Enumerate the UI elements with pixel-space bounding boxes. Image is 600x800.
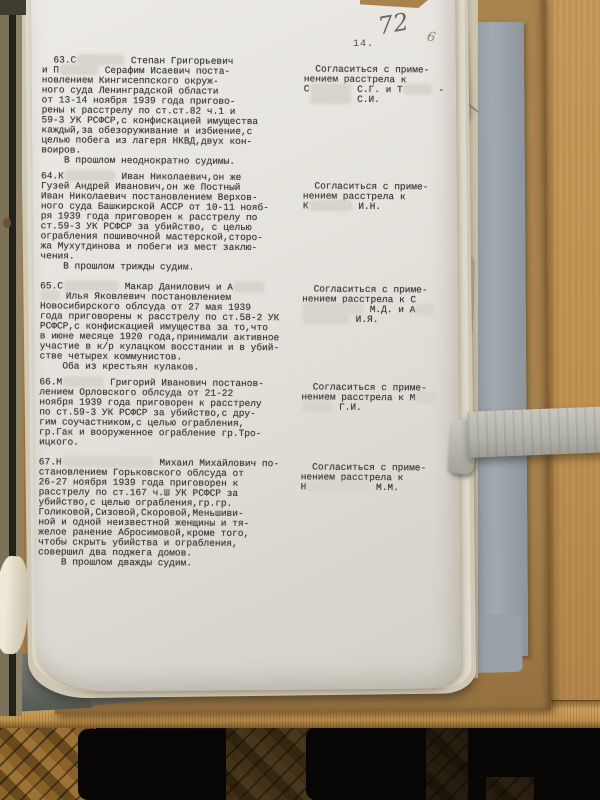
typed-text: Г.И.	[333, 402, 362, 413]
photo-scene: 63.С Степан Григорьевичи П Серафим Исаев…	[0, 0, 600, 800]
doc-item: 64.К Иван Николаевич,он жеГузей Андрей И…	[40, 171, 457, 274]
handwritten-folio-number: 72	[376, 8, 411, 41]
doc-line: С.И.	[304, 94, 456, 105]
redaction	[417, 305, 433, 313]
floor-shadow	[0, 727, 600, 800]
typed-text: В прошлом дважды судим.	[38, 556, 192, 568]
redaction	[311, 94, 349, 102]
parquet-floor	[486, 777, 534, 800]
typed-text: И.Я.	[350, 314, 379, 325]
case-description: 67.Н Михаил Михайлович по-становлением Г…	[38, 457, 301, 569]
case-resolution: Согласиться с приме-нением расстрела к М…	[301, 379, 454, 450]
redaction	[308, 482, 368, 490]
typed-text: В прошлом неоднократно судимы.	[41, 154, 235, 167]
parquet-floor	[426, 727, 468, 800]
redaction	[405, 85, 431, 93]
typed-text	[304, 93, 310, 104]
doc-line: Н М.М.	[301, 482, 453, 493]
redaction	[66, 172, 114, 180]
redaction	[61, 66, 97, 74]
redaction	[64, 458, 152, 467]
doc-item: 66.М Григорий Иванович постанов-лением О…	[39, 377, 456, 450]
redaction	[235, 283, 263, 291]
doc-line: К И.Н.	[303, 201, 455, 212]
document-items: 63.С Степан Григорьевичи П Серафим Исаев…	[38, 55, 458, 570]
typed-text: ицкого.	[39, 436, 79, 447]
typed-text: С.И.	[351, 94, 380, 105]
redaction	[311, 84, 349, 92]
doc-line: В прошлом неоднократно судимы.	[41, 155, 303, 167]
redaction	[417, 393, 435, 401]
typed-text: И.Н.	[353, 201, 382, 212]
doc-item: 67.Н Михаил Михайлович по-становлением Г…	[38, 457, 455, 570]
doc-line: Г.И.	[301, 402, 453, 413]
table-leg-shadow	[78, 729, 238, 800]
redaction	[304, 304, 362, 312]
doc-item: 65.С Макар Данилович и А Илья Яковлевич …	[40, 281, 457, 374]
doc-line: В прошлом дважды судим.	[38, 557, 300, 569]
doc-line: В прошлом трижды судим.	[40, 261, 302, 273]
redaction	[65, 282, 117, 290]
speck	[3, 218, 11, 228]
doc-line: жа Мухутдинова и побеги из мест заклю-	[40, 241, 302, 253]
case-resolution: Согласиться с приме-нением расстрела кН …	[300, 459, 453, 570]
typed-text: В прошлом трижды судим.	[40, 260, 194, 272]
doc-line: ицкого.	[39, 437, 301, 449]
typed-text: -	[433, 84, 444, 95]
typed-text: М.М.	[370, 482, 399, 493]
parquet-floor	[226, 727, 314, 800]
redaction	[304, 314, 348, 322]
typed-text: Н	[301, 481, 307, 492]
case-resolution: Согласиться с приме-нением расстрела кК …	[302, 173, 455, 274]
case-resolution: Согласиться с приме-нением расстрела к С…	[302, 283, 455, 374]
doc-line: Оба из крестьян кулаков.	[40, 361, 302, 373]
redaction	[311, 201, 351, 209]
folder-strap	[467, 406, 600, 457]
typed-page-number: 14.	[353, 39, 374, 50]
redaction	[64, 378, 102, 386]
typed-text-layer: 63.С Степан Григорьевичи П Серафим Исаев…	[38, 55, 458, 570]
doc-line: И.Я.	[302, 314, 454, 325]
case-resolution: Согласиться с приме-нением расстрела кС …	[303, 57, 456, 168]
case-description: 65.С Макар Данилович и А Илья Яковлевич …	[40, 281, 303, 373]
typed-text: Оба из крестьян кулаков.	[40, 360, 200, 372]
doc-item: 63.С Степан Григорьевичи П Серафим Исаев…	[41, 55, 458, 168]
redaction	[303, 402, 331, 410]
redaction	[42, 291, 58, 299]
case-description: 63.С Степан Григорьевичи П Серафим Исаев…	[41, 55, 304, 167]
binder-spine-top	[0, 0, 26, 15]
case-description: 64.К Иван Николаевич,он жеГузей Андрей И…	[40, 171, 303, 273]
typed-text: К	[303, 200, 309, 211]
redaction	[78, 56, 123, 64]
case-description: 66.М Григорий Иванович постанов-лением О…	[39, 377, 302, 449]
